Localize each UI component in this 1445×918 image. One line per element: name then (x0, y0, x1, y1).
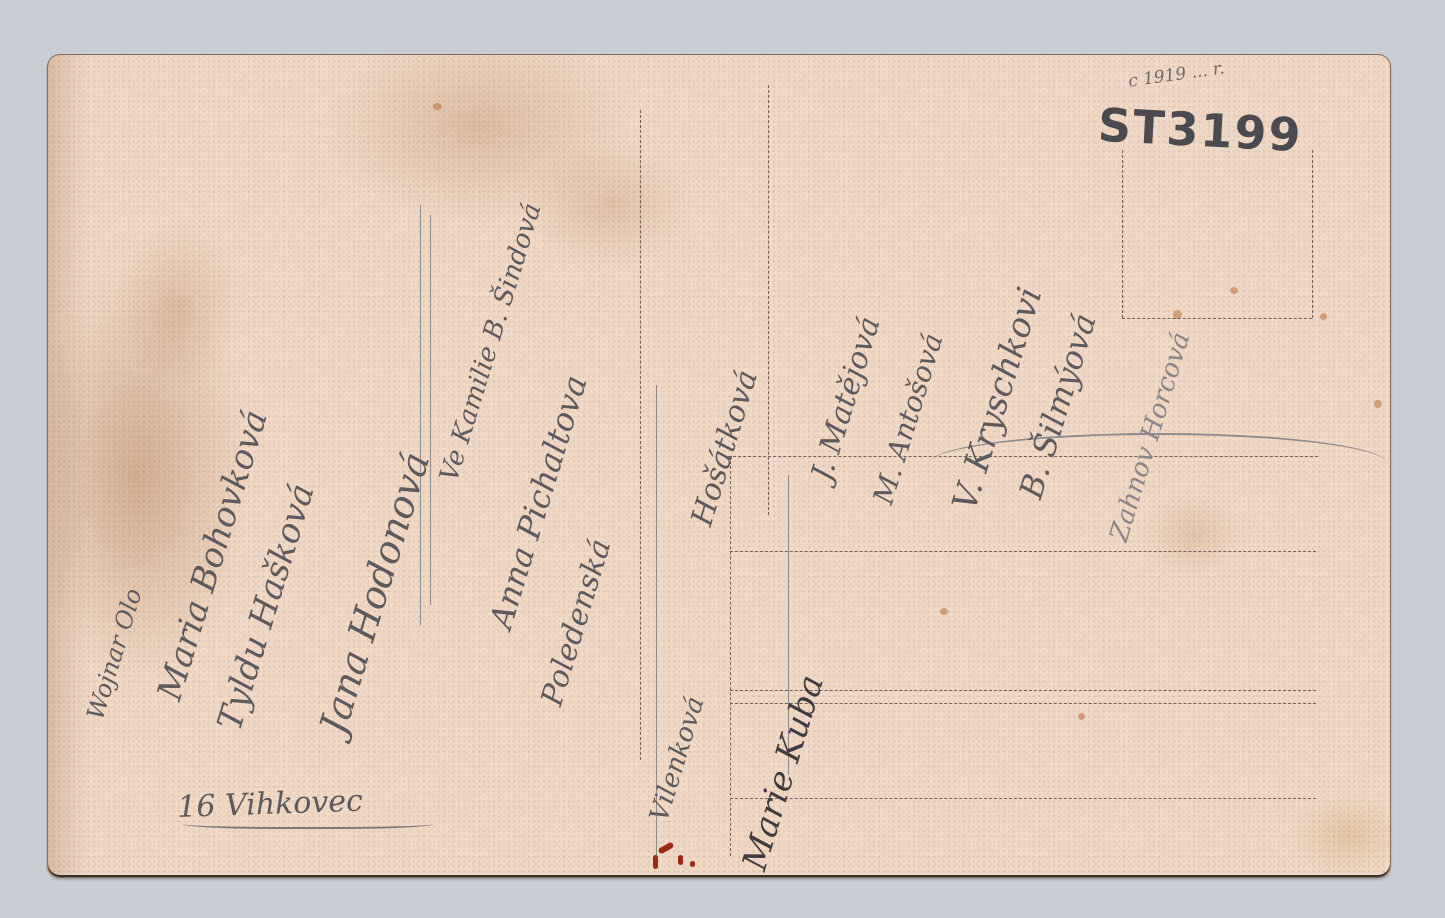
catalog-number: ST3199 (1097, 98, 1304, 163)
stain-spot (1078, 713, 1085, 720)
red-mark (678, 855, 683, 865)
signature: Wojnar Olo (81, 585, 147, 723)
address-box-edge (730, 456, 731, 856)
address-line (730, 551, 1316, 552)
signature: Hošátková (685, 366, 765, 530)
pencil-stroke (430, 215, 431, 605)
date-note: c 1919 ... r. (1127, 58, 1226, 91)
signature: Marie Kuba (735, 670, 832, 875)
stain-spot (1320, 313, 1327, 320)
stain-spot (1230, 287, 1238, 294)
signature: Ve Kamilie B. Šindová (434, 200, 547, 485)
stamp-box-edge (1122, 318, 1312, 319)
signature: 16 Vihkovec (177, 784, 364, 825)
signature: J. Matějová (805, 313, 888, 485)
red-mark (653, 855, 658, 869)
pencil-stroke (420, 205, 421, 625)
stamp-box-edge (1122, 150, 1123, 318)
address-line (730, 798, 1316, 799)
stain-spot (433, 103, 442, 110)
red-mark (658, 841, 675, 854)
signature: Vilenková (644, 693, 710, 825)
divider-line (640, 110, 641, 760)
stamp-box-edge (1312, 150, 1313, 318)
postcard-back: c 1919 ... r. ST3199 Wojnar Olo Maria Bo… (48, 55, 1390, 877)
divider-line (768, 85, 769, 515)
red-mark (690, 861, 695, 867)
stain-spot (1374, 400, 1382, 408)
signature: Poledenská (535, 535, 619, 710)
stain-spot (940, 608, 948, 615)
